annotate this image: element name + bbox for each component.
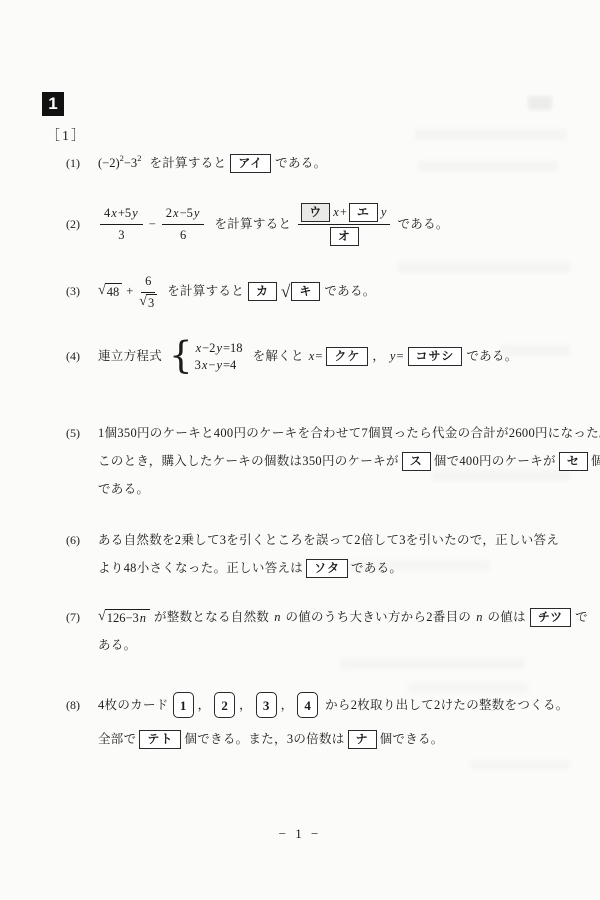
variable-n: n xyxy=(273,608,281,627)
expr-term: (−2) xyxy=(98,156,120,170)
problem-8-line2c: 個できる。 xyxy=(380,730,444,749)
answer-box-se: セ xyxy=(559,452,588,471)
problem-3-text: を計算すると xyxy=(167,282,244,301)
problem-8-line2b: 個できる。また，3の倍数は xyxy=(184,730,344,749)
problem-7-line1d: で xyxy=(575,608,588,627)
bleed-through-mark xyxy=(415,129,567,140)
comma: ， xyxy=(239,696,252,715)
problem-5-line2c: 個 xyxy=(591,452,600,471)
problem-2-tail: である。 xyxy=(397,215,448,234)
problem-7: (7) √ 126−3n が整数となる自然数 n の値のうち大きい方から2番目の… xyxy=(66,608,588,655)
expr-term: x+ xyxy=(332,203,347,222)
section-number-box: 1 xyxy=(42,92,64,116)
problem-6-line2a: より48小さくなった。正しい答えは xyxy=(98,559,303,578)
fraction-6-sqrt3: 6 √ 3 xyxy=(139,272,157,311)
problem-4-lead: 連立方程式 xyxy=(98,347,162,366)
fraction-denominator: √ 3 xyxy=(139,293,157,311)
problem-1-tail: である。 xyxy=(275,154,326,173)
problem-8-label: (8) xyxy=(66,696,94,715)
expr-term: y xyxy=(380,203,388,222)
number-card-3: 3 xyxy=(256,692,277,718)
comma: ， xyxy=(198,696,211,715)
problem-4: (4) 連立方程式 { x−2y=18 3x−y=4 を解くと x= クケ ， … xyxy=(66,338,518,374)
problem-4-tail: である。 xyxy=(466,347,517,366)
comma: ， xyxy=(372,347,385,366)
fraction-numerator: 6 xyxy=(141,272,155,293)
answer-box-e: エ xyxy=(349,203,378,222)
answer-box-chitsu: チツ xyxy=(530,608,571,627)
problem-5: (5) 1個350円のケーキと400円のケーキを合わせて7個買ったら代金の合計が… xyxy=(66,424,600,499)
plus-operator: + xyxy=(126,282,133,301)
answer-box-na: ナ xyxy=(348,730,377,749)
problem-3: (3) √ 48 + 6 √ 3 を計算すると カ √ キ である。 xyxy=(66,272,376,311)
problem-1-expression: (−2)2−32 xyxy=(98,149,141,173)
problem-5-line3: である。 xyxy=(98,480,149,499)
fraction-numerator: 4x+5y xyxy=(100,204,143,225)
minus-operator: − xyxy=(149,215,156,234)
answer-fraction: ウ x+ エ y オ xyxy=(298,203,390,246)
bleed-through-mark xyxy=(398,262,570,273)
x-equals: x= xyxy=(308,347,323,366)
equation-2: 3x−y=4 xyxy=(195,357,243,373)
fraction-denominator: 6 xyxy=(180,225,186,245)
radical-sign: √ xyxy=(281,284,290,299)
number-card-2: 2 xyxy=(214,692,235,718)
page-number: − 1 − xyxy=(0,826,600,842)
radicand: 48 xyxy=(105,283,123,300)
problem-3-label: (3) xyxy=(66,282,94,301)
equation-system: { x−2y=18 3x−y=4 xyxy=(169,338,243,374)
variable-n: n xyxy=(475,608,483,627)
y-equals: y= xyxy=(389,347,404,366)
problem-6: (6) ある自然数を2乗して3を引くところを誤って2倍して3を引いたので，正しい… xyxy=(66,531,559,578)
bleed-through-mark xyxy=(340,658,525,669)
problem-4-text: を解くと xyxy=(253,347,304,366)
exponent: 2 xyxy=(137,153,141,163)
answer-box-kosashi: コサシ xyxy=(408,347,463,366)
problem-7-line1c: の値は xyxy=(487,608,525,627)
radicand: 3 xyxy=(146,294,157,311)
expr-term: −3 xyxy=(124,156,137,170)
answer-box-ka: カ xyxy=(248,282,277,301)
problem-1-text: を計算すると xyxy=(149,154,226,173)
problem-7-line1a: が整数となる自然数 xyxy=(154,608,269,627)
problem-6-line1: ある自然数を2乗して3を引くところを誤って2倍して3を引いたので，正しい答え xyxy=(98,531,559,550)
problem-1: (1) (−2)2−32 を計算すると アイ である。 xyxy=(66,149,326,173)
answer-box-teto: テト xyxy=(139,730,181,749)
problem-5-label: (5) xyxy=(66,424,94,443)
fraction-1: 4x+5y 3 xyxy=(100,204,143,245)
bleed-through-mark xyxy=(528,96,552,110)
answer-box-o: オ xyxy=(330,227,359,246)
answer-box-sota: ソタ xyxy=(306,559,348,578)
problem-5-line2a: このとき，購入したケーキの個数は350円のケーキが xyxy=(98,452,399,471)
problem-6-label: (6) xyxy=(66,531,94,550)
problem-3-tail: である。 xyxy=(324,282,375,301)
problem-8-lead: 4枚のカード xyxy=(98,696,169,715)
answer-box-kuke: クケ xyxy=(326,347,368,366)
problem-7-line2: ある。 xyxy=(98,636,136,655)
fraction-2: 2x−5y 6 xyxy=(162,204,205,245)
problem-8-line1b: から2枚取り出して2けたの整数をつくる。 xyxy=(325,696,569,715)
section-number: 1 xyxy=(48,94,57,114)
comma: ， xyxy=(281,696,294,715)
problem-7-label: (7) xyxy=(66,608,94,627)
fraction-denominator: 3 xyxy=(118,225,124,245)
radicand: 126−3n xyxy=(105,609,150,626)
problem-8-line2a: 全部で xyxy=(98,730,136,749)
problem-6-line2b: である。 xyxy=(351,559,402,578)
exam-page: 1 ［1］ (1) (−2)2−32 を計算すると アイ である。 (2) 4x… xyxy=(0,0,600,900)
number-card-1: 1 xyxy=(173,692,194,718)
problem-7-line1b: の値のうち大きい方から2番目の xyxy=(285,608,471,627)
fraction-numerator: 2x−5y xyxy=(162,204,205,225)
problem-1-label: (1) xyxy=(66,154,94,173)
sqrt-126-3n: √ 126−3n xyxy=(98,609,150,626)
number-card-4: 4 xyxy=(297,692,318,718)
equation-1: x−2y=18 xyxy=(195,340,243,356)
answer-box-su: ス xyxy=(402,452,431,471)
answer-box-ki: キ xyxy=(291,282,320,301)
subsection-label: ［1］ xyxy=(46,125,87,145)
bleed-through-mark xyxy=(470,760,570,770)
answer-box-u: ウ xyxy=(301,203,330,222)
problem-2: (2) 4x+5y 3 − 2x−5y 6 を計算すると ウ x+ エ y オ … xyxy=(66,203,449,246)
problem-4-label: (4) xyxy=(66,347,94,366)
sqrt-48: √ 48 xyxy=(98,283,122,300)
problem-8: (8) 4枚のカード 1 ， 2 ， 3 ， 4 から2枚取り出して2けたの整数… xyxy=(66,692,569,749)
answer-box-ai: アイ xyxy=(230,154,271,173)
problem-5-line1: 1個350円のケーキと400円のケーキを合わせて7個買ったら代金の合計が2600… xyxy=(98,424,600,443)
system-brace: { xyxy=(169,338,193,374)
problem-2-text: を計算すると xyxy=(214,215,291,234)
bleed-through-mark xyxy=(418,161,558,172)
problem-2-label: (2) xyxy=(66,215,94,234)
problem-5-line2b: 個で400円のケーキが xyxy=(434,452,556,471)
